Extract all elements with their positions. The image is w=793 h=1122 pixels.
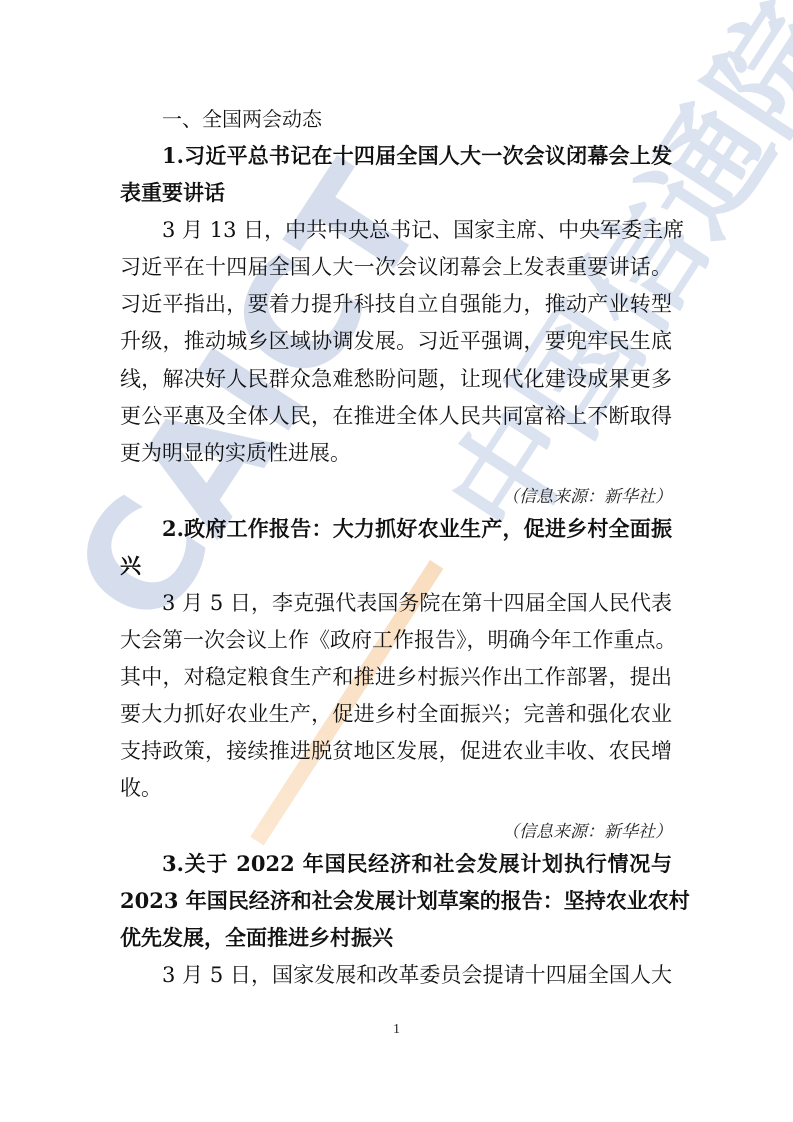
watermark-chinese: 中国信通院 [400,0,793,564]
article-2-body-line: 3 月 5 日，李克强代表国务院在第十四届全国人民代表 [162,590,672,616]
article-2-title-line-1: 2.政府工作报告：大力抓好农业生产，促进乡村全面振 [162,516,672,542]
article-1-body-line: 习近平在十四届全国人大一次会议闭幕会上发表重要讲话。 [120,254,672,280]
section-heading: 一、全国两会动态 [162,106,672,132]
article-2-body-line: 收。 [120,775,672,801]
article-3-body-line: 3 月 5 日，国家发展和改革委员会提请十四届全国人大 [162,962,672,988]
article-2-body-line: 要大力抓好农业生产，促进乡村全面振兴；完善和强化农业 [120,701,672,727]
document-page: CAICT 中国信通院 一、全国两会动态 1.习近平总书记在十四届全国人大一次会… [0,0,793,1122]
page-number: 1 [0,1022,793,1038]
article-1-body-line: 更公平惠及全体人民，在推进全体人民共同富裕上不断取得 [120,403,672,429]
article-3-title-line-1: 3.关于 2022 年国民经济和社会发展计划执行情况与 [162,851,672,877]
article-2-body-line: 大会第一次会议上作《政府工作报告》，明确今年工作重点。 [120,627,672,653]
article-1-source: （信息来源：新华社） [502,482,672,507]
article-1-body-line: 习近平指出，要着力提升科技自立自强能力，推动产业转型 [120,291,672,317]
article-3-title-line-2: 2023 年国民经济和社会发展计划草案的报告：坚持农业农村 [120,888,672,914]
article-1-body-line: 3 月 13 日，中共中央总书记、国家主席、中央军委主席 [162,217,672,243]
article-1-body-line: 线，解决好人民群众急难愁盼问题，让现代化建设成果更多 [120,366,672,392]
article-1-body-line: 升级，推动城乡区域协调发展。习近平强调，要兜牢民生底 [120,328,672,354]
article-1-title-line-2: 表重要讲话 [120,180,672,206]
article-3-title-line-3: 优先发展，全面推进乡村振兴 [120,925,672,951]
article-2-title-line-2: 兴 [120,553,672,579]
article-1-title-line-1: 1.习近平总书记在十四届全国人大一次会议闭幕会上发 [162,143,672,169]
article-2-source: （信息来源：新华社） [502,817,672,842]
article-2-body-line: 支持政策，接续推进脱贫地区发展，促进农业丰收、农民增 [120,738,672,764]
article-2-body-line: 其中，对稳定粮食生产和推进乡村振兴作出工作部署，提出 [120,664,672,690]
article-1-body-line: 更为明显的实质性进展。 [120,440,672,466]
